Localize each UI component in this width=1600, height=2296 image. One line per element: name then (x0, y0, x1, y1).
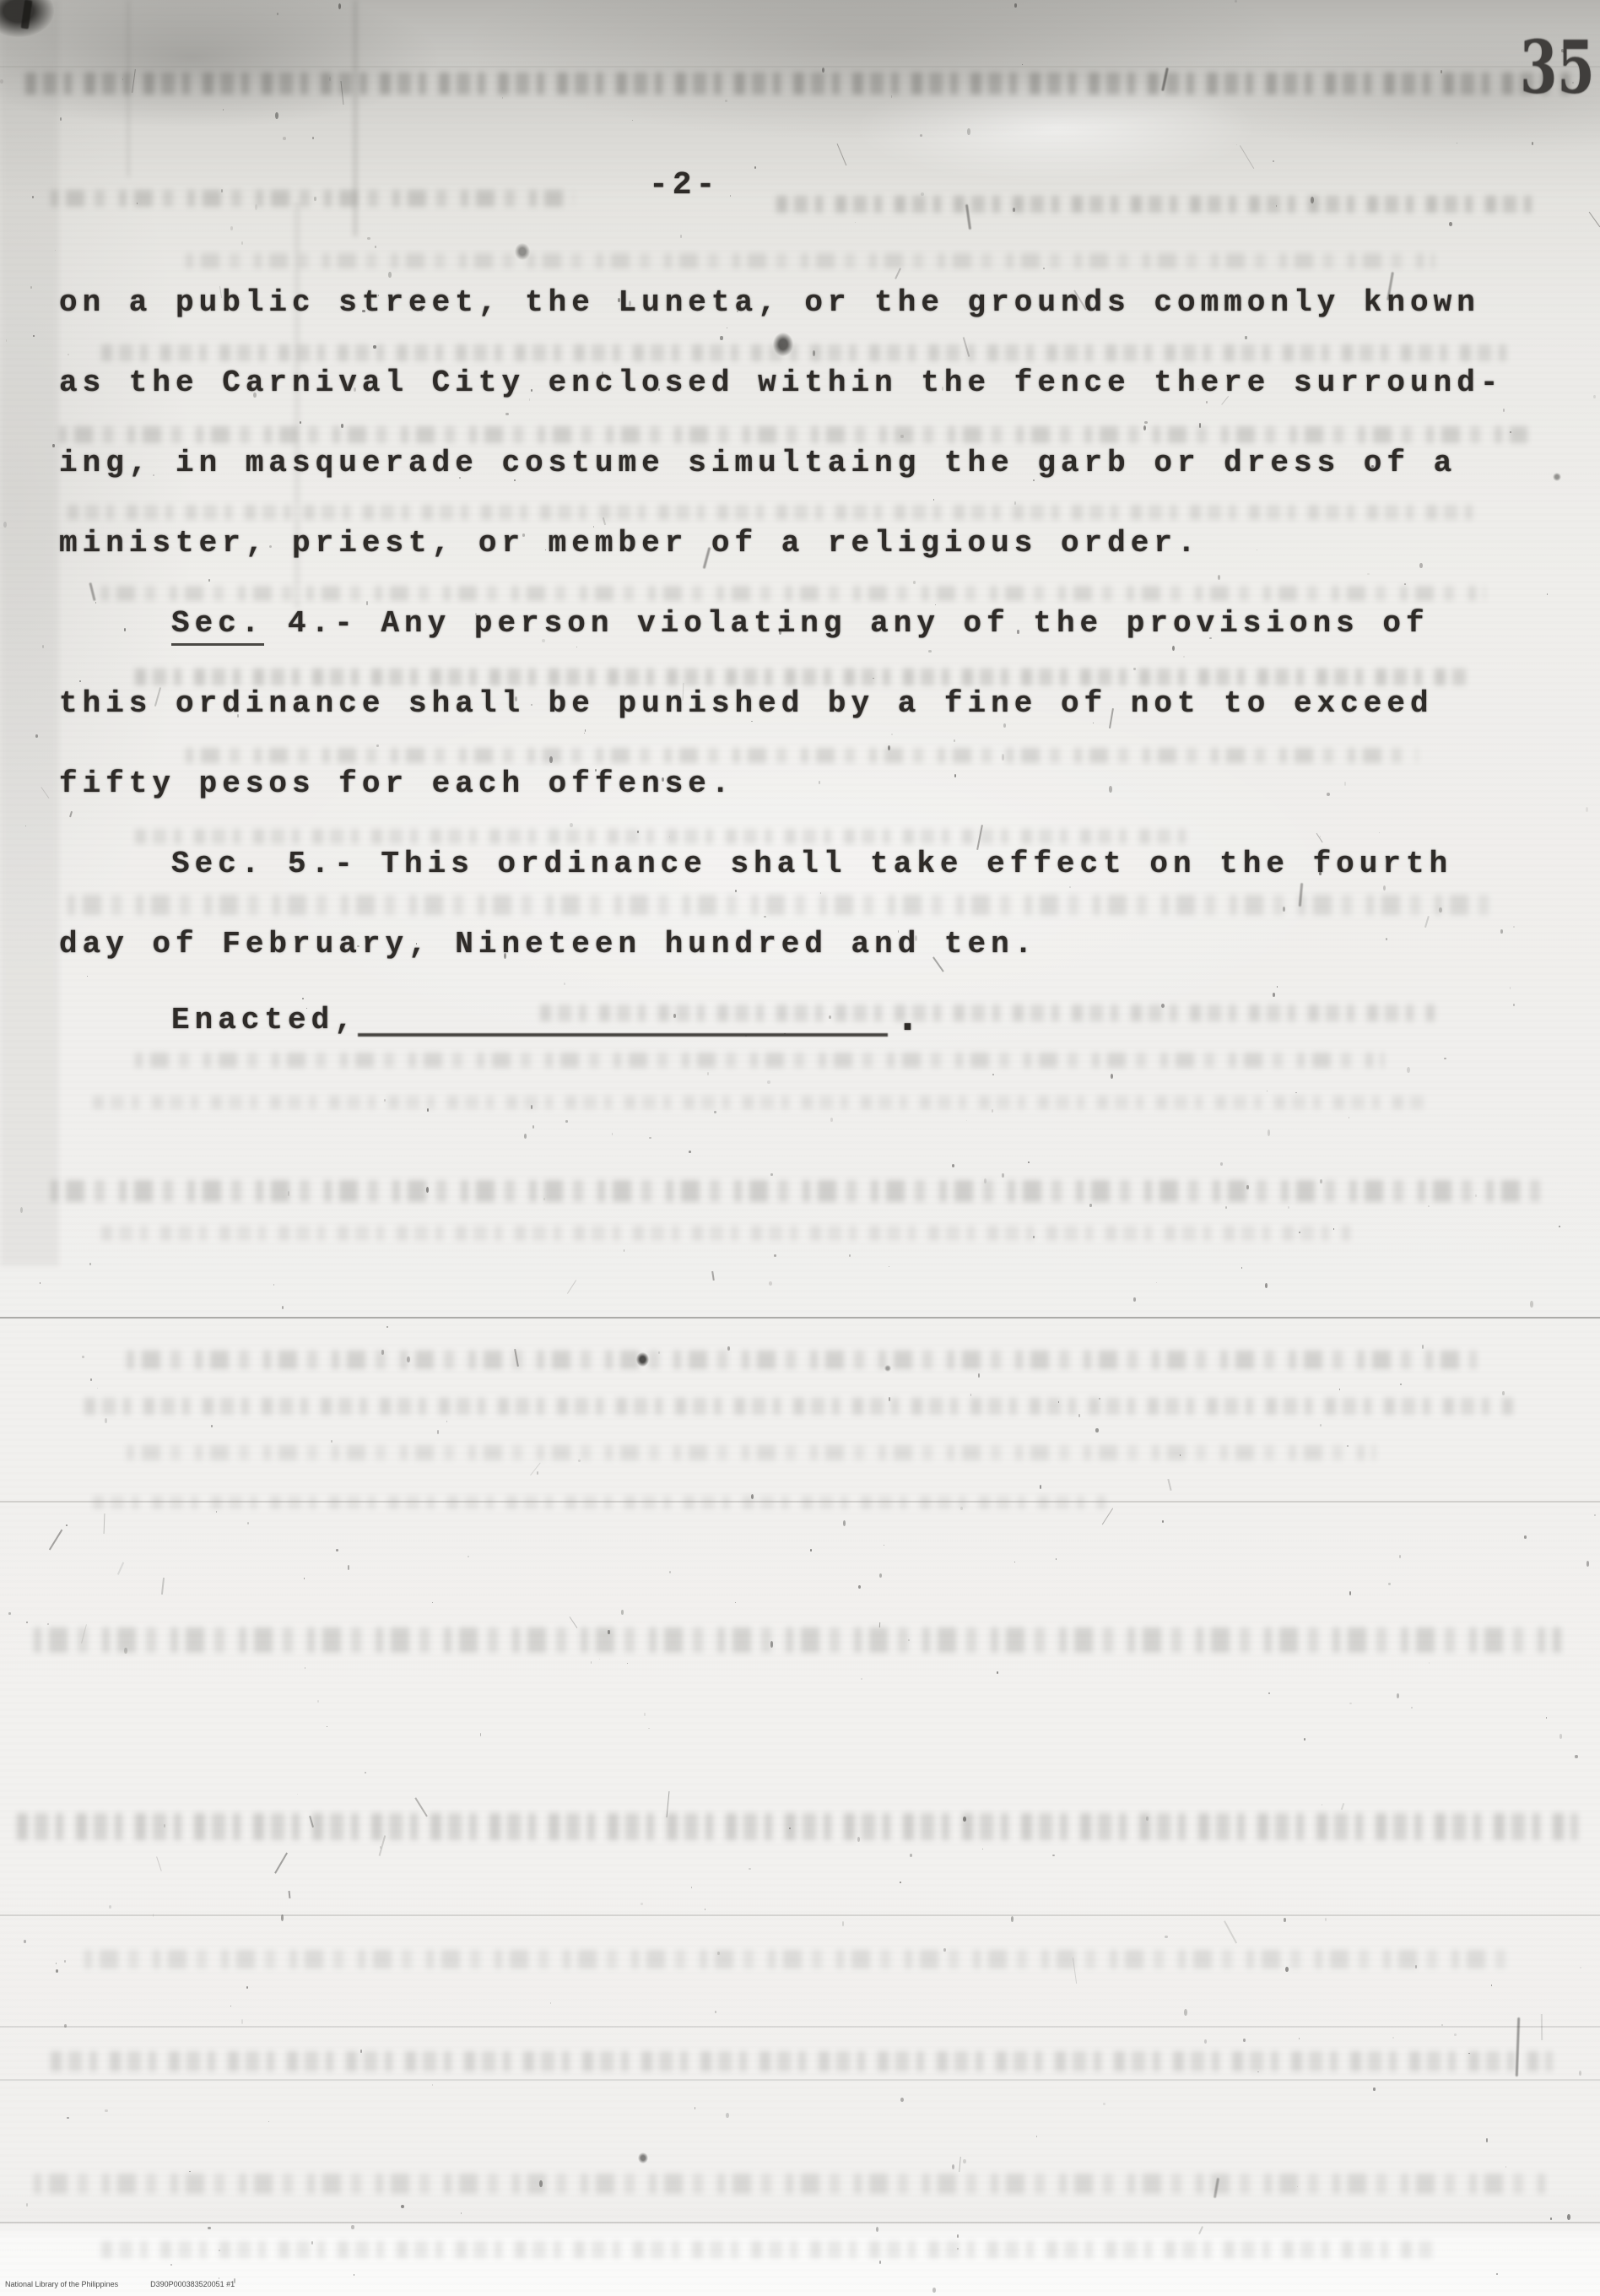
paper-speck (20, 1207, 23, 1213)
paper-speck (432, 1602, 433, 1603)
paper-speck (1273, 160, 1274, 162)
paper-speck (277, 13, 278, 16)
paper-fiber (1224, 1920, 1237, 1943)
paper-speck (288, 1191, 290, 1196)
paper-speck (992, 1109, 993, 1113)
paper-speck (1268, 1129, 1270, 1136)
paper-fiber (117, 1562, 124, 1575)
paper-speck (311, 2241, 313, 2245)
paper-speck (879, 2261, 881, 2264)
paper-speck (735, 1602, 736, 1603)
paper-speck (1580, 1967, 1581, 1968)
paper-speck (1268, 1692, 1270, 1693)
paper-speck (1322, 1804, 1322, 1805)
paper-speck (1011, 1916, 1014, 1922)
scan-line (0, 66, 1600, 68)
paper-speck (124, 1648, 127, 1654)
page-number-stamp: 35 (1520, 32, 1595, 105)
footer-scan-code: D390P000383520051 #1 (150, 2280, 235, 2288)
ghost-text-band (186, 253, 1435, 268)
paper-speck (153, 1914, 154, 1917)
paper-speck (963, 2159, 965, 2163)
paper-speck (47, 1623, 48, 1624)
paper-speck (855, 222, 857, 223)
paper-speck (1241, 1267, 1242, 1269)
paper-fiber (603, 517, 606, 526)
paper-speck (1183, 656, 1186, 658)
paper-speck (273, 1284, 274, 1286)
paper-speck (608, 1630, 609, 1634)
paper-speck (889, 1397, 891, 1402)
paper-speck (1014, 1562, 1015, 1563)
paper-speck (1246, 1185, 1249, 1189)
paper-speck (641, 1903, 643, 1905)
scratch-mark (21, 0, 33, 29)
paper-speck (725, 100, 727, 102)
paper-speck (1532, 142, 1533, 145)
paper-speck (1505, 2166, 1506, 2168)
paper-streak (0, 0, 59, 1266)
paper-fiber (41, 788, 49, 799)
paper-speck (241, 2019, 244, 2024)
paper-speck (576, 647, 577, 647)
end-period: . (895, 994, 921, 1043)
paper-speck (1400, 1384, 1401, 1385)
paper-speck (1510, 987, 1511, 988)
scratch-mark (1161, 68, 1169, 91)
paper-speck (373, 345, 376, 349)
paper-speck (331, 1440, 332, 1443)
paper-speck (1299, 1232, 1300, 1233)
paper-speck (1288, 1206, 1289, 1208)
paper-speck (432, 2084, 434, 2086)
paper-fiber (567, 1280, 576, 1294)
paper-speck (52, 444, 55, 447)
paper-speck (366, 601, 368, 604)
paper-speck (963, 1817, 966, 1822)
paper-speck (876, 2227, 878, 2232)
paper-speck (380, 1846, 381, 1848)
paper-speck (1156, 1282, 1157, 1283)
paper-speck (843, 1520, 846, 1526)
paper-speck (1444, 1058, 1446, 1059)
paper-speck (1284, 1918, 1286, 1922)
paper-speck (109, 1905, 111, 1909)
paper-speck (891, 95, 893, 97)
paper-speck (669, 1571, 671, 1573)
ghost-text-band (51, 1180, 1553, 1202)
paper-speck (327, 1726, 327, 1728)
paper-speck (624, 1249, 624, 1252)
paper-speck (1265, 1283, 1268, 1288)
paper-speck (1399, 1555, 1401, 1558)
paper-streak (353, 0, 358, 236)
paper-fiber (69, 811, 73, 818)
paper-speck (720, 336, 722, 341)
paper-speck (1304, 1738, 1305, 1741)
paper-speck (1180, 1454, 1181, 1456)
paper-speck (749, 1868, 751, 1870)
paper-speck (1546, 1717, 1547, 1719)
paper-speck (282, 1306, 284, 1310)
paper-speck (1510, 431, 1511, 433)
paper-speck (56, 1963, 57, 1963)
paper-speck (26, 2203, 28, 2207)
paper-speck (137, 203, 138, 204)
paper-speck (1099, 1398, 1100, 1400)
paper-speck (933, 499, 934, 500)
signature-blank-line (358, 1008, 888, 1037)
paper-speck (1579, 2071, 1581, 2076)
paper-fiber (1541, 2014, 1543, 2040)
paper-speck (543, 1198, 545, 1200)
paper-speck (105, 1418, 107, 1422)
paper-speck (1146, 1817, 1149, 1821)
paper-speck (1218, 575, 1220, 580)
ghost-text-band (59, 426, 1527, 443)
paper-speck (1349, 1591, 1351, 1595)
paper-speck (632, 120, 633, 121)
ghost-text-band (135, 669, 1468, 685)
paper-speck (1093, 723, 1094, 723)
paper-speck (957, 2248, 959, 2250)
paper-speck (122, 79, 123, 79)
paper-speck (966, 1120, 967, 1121)
paper-speck (312, 137, 314, 139)
typed-line: ing, in masquerade costume simultaing th… (59, 446, 1457, 480)
paper-speck (1513, 1004, 1515, 1006)
paper-speck (943, 1948, 946, 1952)
scratch-mark (89, 582, 95, 601)
paper-speck (304, 1578, 305, 1579)
ink-blob (636, 1352, 649, 1367)
paper-speck (1111, 1074, 1113, 1079)
paper-speck (1593, 395, 1595, 398)
paper-speck (1419, 563, 1422, 568)
paper-speck (1486, 2138, 1489, 2143)
paper-speck (480, 1733, 482, 1736)
paper-speck (1002, 754, 1005, 760)
paper-speck (381, 1350, 384, 1354)
ghost-text-band (101, 2241, 1435, 2258)
paper-speck (1184, 2009, 1187, 2016)
paper-speck (549, 756, 553, 763)
paper-speck (300, 421, 302, 423)
paper-speck (1172, 646, 1175, 651)
paper-fiber (1102, 1508, 1113, 1525)
paper-speck (585, 729, 586, 732)
paper-speck (1349, 1117, 1349, 1119)
paper-speck (40, 1282, 41, 1283)
typed-line: this ordinance shall be punished by a fi… (59, 686, 1434, 721)
paper-fiber (530, 1463, 540, 1476)
paper-speck (884, 1545, 884, 1546)
paper-speck (1373, 2088, 1375, 2091)
paper-speck (1502, 1391, 1505, 1395)
paper-speck (970, 1394, 971, 1395)
paper-speck (30, 286, 32, 289)
paper-speck (564, 983, 565, 986)
paper-speck (1295, 1092, 1297, 1093)
paper-speck (281, 1914, 284, 1921)
paper-speck (932, 2288, 936, 2292)
paper-speck (1235, 0, 1237, 3)
ink-blob (515, 243, 530, 260)
paper-fiber (514, 1349, 518, 1367)
paper-fiber (1073, 1958, 1078, 1983)
paper-speck (468, 1556, 469, 1558)
typed-line: Enacted,. (171, 1003, 921, 1037)
paper-speck (67, 2117, 68, 2119)
paper-speck (705, 1909, 705, 1910)
paper-speck (612, 1133, 613, 1134)
paper-speck (908, 1639, 910, 1641)
paper-speck (695, 2107, 695, 2109)
paper-speck (3, 522, 7, 528)
paper-speck (774, 1254, 776, 1257)
paper-speck (537, 1471, 538, 1475)
paper-speck (978, 1373, 980, 1377)
paper-speck (386, 1326, 388, 1327)
paper-speck (230, 2006, 231, 2006)
paper-speck (879, 1573, 882, 1578)
paper-speck (819, 781, 820, 783)
paper-speck (621, 1610, 624, 1615)
paper-speck (1441, 70, 1442, 73)
paper-speck (6, 339, 7, 342)
paper-speck (1014, 3, 1017, 7)
paper-speck (1144, 421, 1148, 425)
paper-speck (1283, 907, 1285, 912)
paper-speck (789, 1828, 791, 1829)
paper-speck (1586, 1561, 1590, 1567)
paper-speck (1058, 1401, 1059, 1404)
paper-speck (954, 774, 956, 777)
paper-speck (714, 1111, 716, 1113)
paper-speck (727, 328, 727, 328)
paper-speck (1349, 1703, 1352, 1705)
paper-speck (627, 1663, 628, 1664)
underlined-word: Sec. (171, 606, 264, 646)
paper-speck (691, 1887, 692, 1888)
paper-speck (401, 2205, 404, 2208)
paper-speck (717, 1952, 720, 1956)
paper-speck (1095, 1428, 1098, 1432)
ink-blob (638, 2152, 648, 2163)
paper-speck (384, 1099, 386, 1102)
paper-speck (1392, 2037, 1393, 2039)
paper-speck (336, 1549, 338, 1551)
paper-speck (246, 1986, 248, 1989)
paper-fiber (963, 337, 970, 357)
paper-speck (407, 1356, 409, 1362)
paper-speck (1109, 786, 1111, 792)
paper-speck (830, 1118, 833, 1122)
paper-speck (35, 734, 38, 738)
paper-speck (348, 1565, 350, 1570)
paper-speck (302, 998, 304, 999)
paper-speck (1496, 2273, 1498, 2275)
paper-speck (87, 976, 88, 977)
paper-speck (715, 2011, 716, 2013)
paper-speck (1320, 1424, 1322, 1427)
paper-speck (68, 354, 69, 355)
paper-speck (338, 3, 341, 9)
paper-speck (1547, 593, 1549, 595)
paper-fiber (103, 1514, 105, 1534)
ghost-text-band (776, 196, 1536, 213)
paper-speck (770, 1641, 774, 1648)
paper-speck (24, 1940, 26, 1942)
paper-speck (354, 2274, 354, 2275)
paper-fiber (288, 1891, 289, 1898)
paper-speck (305, 1667, 305, 1669)
paper-speck (1243, 2039, 1246, 2042)
paper-speck (1277, 986, 1278, 988)
paper-speck (82, 1356, 84, 1357)
paper-speck (32, 196, 34, 198)
paper-speck (1339, 1389, 1340, 1389)
paper-speck (810, 1549, 811, 1551)
footer-library-label: National Library of the Philippines (5, 2280, 118, 2288)
paper-fiber (49, 1530, 62, 1551)
paper-speck (351, 2225, 354, 2229)
ghost-text-band (51, 2051, 1553, 2071)
paper-speck (984, 1178, 986, 1183)
paper-speck (1422, 1345, 1424, 1349)
ghost-text-band (186, 748, 1418, 763)
paper-speck (751, 1494, 754, 1499)
ghost-text-band (84, 1950, 1519, 1968)
paper-speck (644, 1713, 646, 1715)
ink-blob (0, 0, 54, 37)
paper-fiber (837, 143, 847, 166)
paper-fiber (667, 1791, 670, 1817)
paper-speck (1002, 1173, 1004, 1178)
paper-speck (1036, 2136, 1037, 2137)
paper-speck (532, 1125, 534, 1129)
paper-speck (56, 1969, 58, 1973)
paper-speck (952, 1164, 955, 1168)
paper-speck (1441, 2024, 1443, 2026)
page-marker: -2- (649, 167, 719, 203)
paper-speck (170, 2264, 172, 2266)
paper-speck (1162, 1520, 1165, 1523)
paper-speck (1165, 1936, 1168, 1938)
paper-fiber (156, 1857, 162, 1872)
paper-speck (658, 1351, 661, 1354)
typed-line: on a public street, the Luneta, or the g… (59, 285, 1480, 320)
paper-speck (1040, 1485, 1042, 1490)
paper-speck (26, 1622, 29, 1623)
paper-speck (1257, 2071, 1259, 2072)
paper-fiber (879, 1622, 881, 1627)
paper-fiber (1198, 2226, 1203, 2234)
paper-speck (427, 1108, 429, 1112)
ghost-text-band (135, 829, 1198, 844)
paper-fiber (161, 1578, 165, 1595)
scan-line (0, 2026, 1600, 2028)
paper-speck (1052, 1855, 1055, 1856)
paper-speck (1513, 926, 1515, 928)
paper-speck (952, 2164, 954, 2169)
scanned-document-page: 35 -2- on a public street, the Luneta, o… (0, 0, 1600, 2296)
paper-speck (1454, 2033, 1457, 2036)
paper-fiber (274, 1853, 288, 1874)
paper-speck (842, 1921, 844, 1926)
paper-speck (89, 1263, 90, 1265)
paper-fiber (1589, 212, 1600, 227)
paper-speck (680, 235, 681, 237)
paper-speck (1236, 144, 1237, 145)
paper-speck (1220, 1162, 1223, 1166)
scratch-mark (965, 204, 971, 230)
paper-speck (928, 650, 932, 653)
paper-speck (33, 335, 35, 337)
paper-speck (1003, 723, 1007, 728)
paper-speck (1388, 1583, 1391, 1584)
ghost-text-band (68, 895, 1502, 915)
paper-speck (921, 192, 924, 196)
typed-line: fifty pesos for each offense. (59, 766, 735, 801)
paper-speck (873, 678, 874, 680)
paper-fiber (959, 2157, 961, 2172)
paper-speck (1089, 1204, 1092, 1208)
paper-speck (1199, 423, 1202, 428)
paper-speck (1206, 401, 1208, 403)
paper-speck (524, 1134, 527, 1139)
paper-speck (669, 837, 670, 838)
paper-speck (367, 237, 370, 240)
paper-speck (1411, 1707, 1413, 1708)
ghost-text-band (127, 1351, 1477, 1369)
paper-speck (219, 2250, 220, 2251)
paper-speck (769, 1281, 771, 1286)
paper-speck (1407, 1067, 1410, 1073)
paper-speck (960, 1507, 962, 1510)
ghost-text-band (127, 1445, 1376, 1460)
paper-speck (1056, 1558, 1057, 1560)
paper-speck (727, 1346, 730, 1351)
scan-line (0, 2222, 1600, 2223)
paper-speck (1550, 2217, 1552, 2220)
paper-speck (1367, 573, 1370, 576)
paper-speck (1022, 64, 1023, 65)
paper-speck (1347, 1445, 1349, 1447)
ghost-text-band (101, 586, 1485, 601)
ghost-text-band (25, 73, 1570, 95)
paper-speck (861, 1678, 862, 1680)
paper-speck (275, 112, 278, 119)
paper-speck (241, 241, 243, 245)
paper-speck (900, 2098, 904, 2102)
paper-speck (1161, 1004, 1165, 1008)
paper-speck (79, 680, 81, 682)
paper-speck (461, 2212, 462, 2214)
ghost-text-band (135, 1053, 1384, 1068)
scan-line (0, 1317, 1600, 1319)
paper-speck (360, 2050, 361, 2052)
paper-speck (230, 226, 233, 230)
paper-speck (1028, 1162, 1029, 1162)
paper-speck (1503, 409, 1505, 412)
paper-speck (531, 1105, 533, 1109)
ink-blob (1553, 473, 1561, 481)
scan-footer: National Library of the Philippines D390… (5, 2280, 235, 2288)
paper-speck (767, 1080, 770, 1085)
paper-speck (208, 2227, 210, 2229)
paper-speck (730, 195, 731, 197)
